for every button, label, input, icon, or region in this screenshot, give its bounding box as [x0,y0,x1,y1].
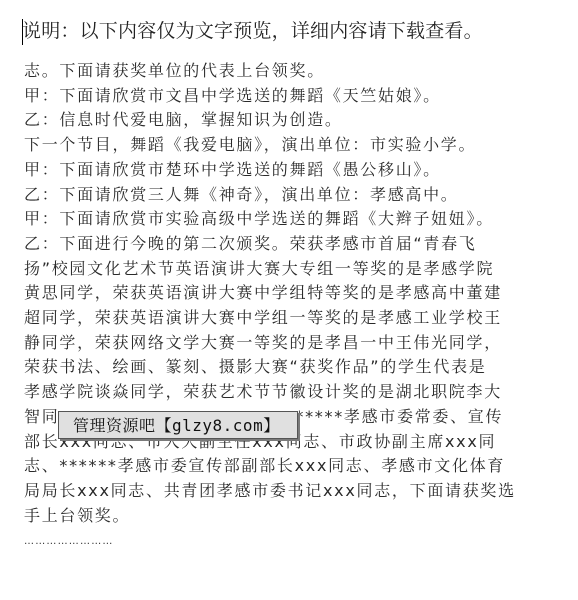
watermark-label: 管理资源吧【glzy8.com】 [58,411,298,439]
continuation-ellipsis: …………………… [24,536,114,547]
body-line: 局局长xxx同志、共青团孝感市委书记xxx同志，下面请获奖选 [24,479,554,504]
body-line: 静同学，荣获网络文学大赛一等奖的是孝昌一中王伟光同学， [24,331,554,356]
body-line: 荣获书法、绘画、篆刻、摄影大赛“获奖作品”的学生代表是 [24,355,554,380]
body-line: 乙：信息时代爱电脑，掌握知识为创造。 [24,108,554,133]
body-line: 孝感学院谈焱同学，荣获艺术节节徽设计奖的是湖北职院李大 [24,380,554,405]
preview-notice: 说明：以下内容仅为文字预览，详细内容请下载查看。 [22,16,483,46]
body-line: 超同学，荣获英语演讲大赛中学组一等奖的是孝感工业学校王 [24,306,554,331]
body-line: 乙：下面进行今晚的第二次颁奖。荣获孝感市首届“青春飞 [24,232,554,257]
body-line: 手上台领奖。 [24,504,554,529]
body-line: 扬”校园文化艺术节英语演讲大赛大专组一等奖的是孝感学院 [24,257,554,282]
body-line-right: *****孝感市委常委、宣传 [295,407,503,426]
body-line: 甲：下面请欣赏市楚环中学选送的舞蹈《愚公移山》。 [24,158,554,183]
body-line: 甲：下面请欣赏市实验高级中学选送的舞蹈《大辫子妞妞》。 [24,207,554,232]
body-line: 甲：下面请欣赏市文昌中学选送的舞蹈《天竺姑娘》。 [24,84,554,109]
body-line: 志。下面请获奖单位的代表上台领奖。 [24,59,554,84]
body-line-left: 智同 [24,407,59,426]
body-line: 乙：下面请欣赏三人舞《神奇》，演出单位：孝感高中。 [24,183,554,208]
document-body: 志。下面请获奖单位的代表上台领奖。 甲：下面请欣赏市文昌中学选送的舞蹈《天竺姑娘… [24,59,554,528]
body-line: 黄思同学，荣获英语演讲大赛中学组特等奖的是孝感高中董建 [24,281,554,306]
body-line: 志、******孝感市委宣传部副部长xxx同志、孝感市文化体育 [24,454,554,479]
body-line: 下一个节目，舞蹈《我爱电脑》，演出单位：市实验小学。 [24,133,554,158]
